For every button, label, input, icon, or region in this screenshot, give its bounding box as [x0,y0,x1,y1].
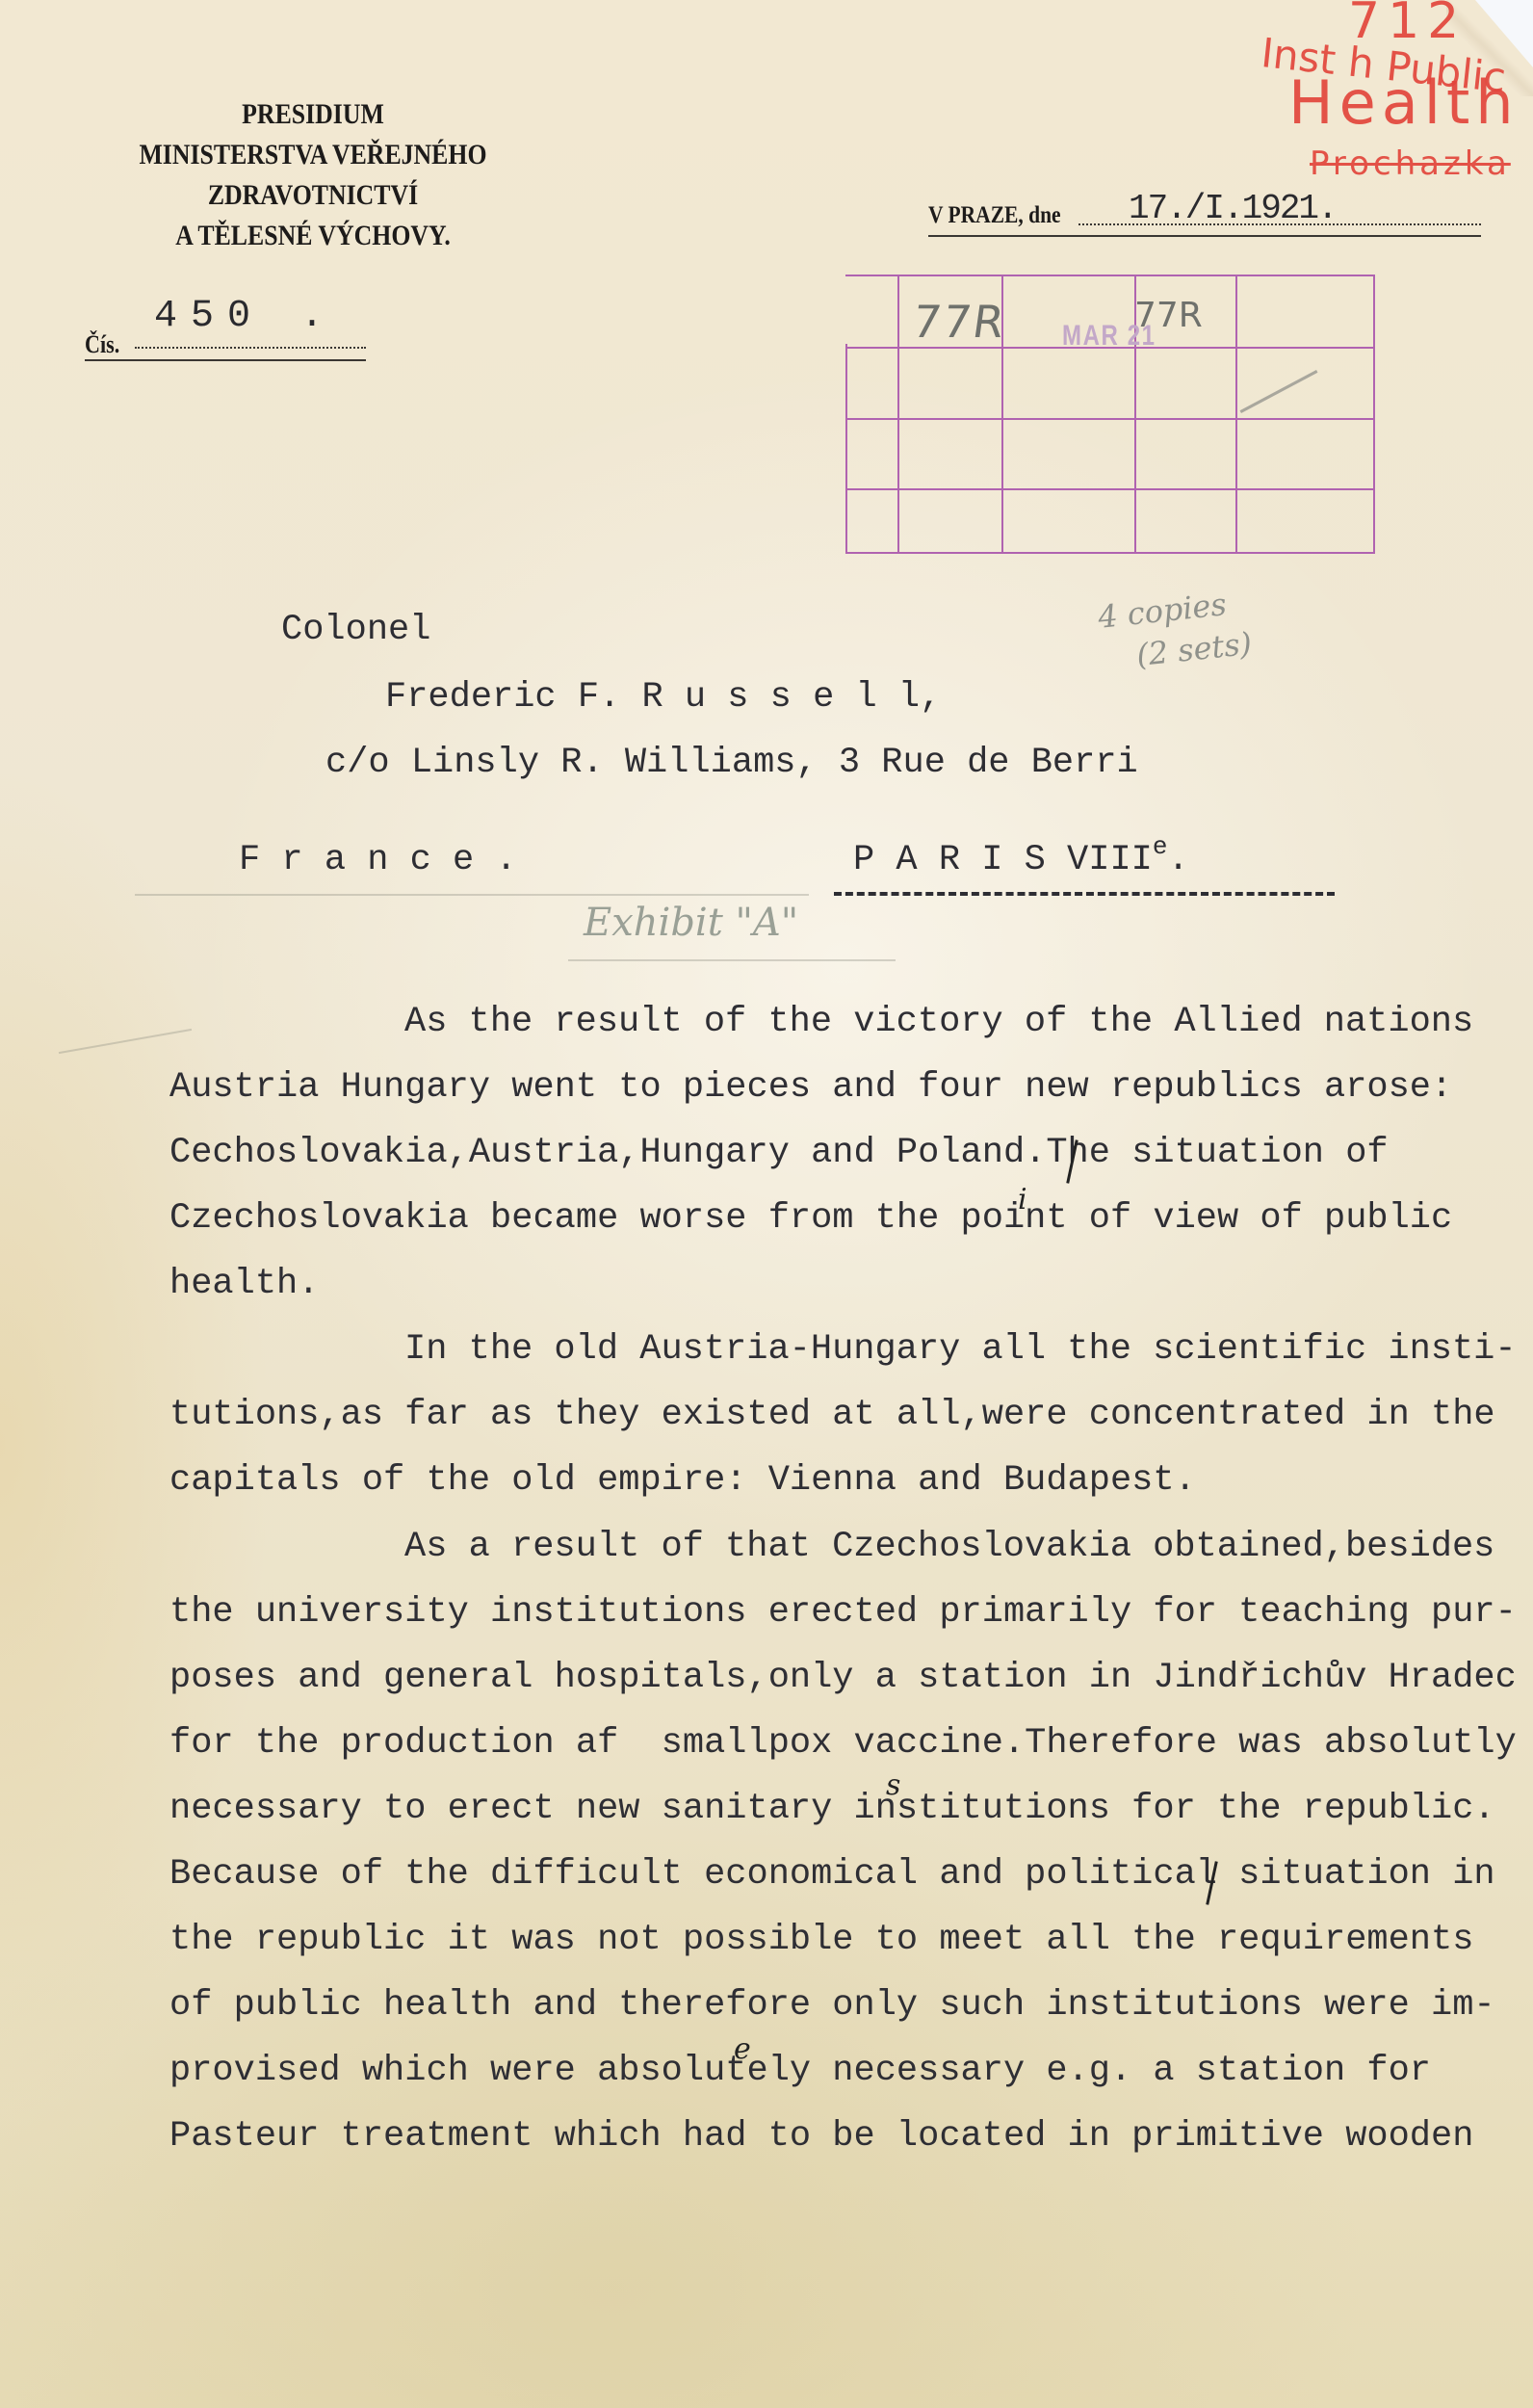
body-line: Because of the difficult economical and … [169,1857,1495,1893]
stamp-column-divider [897,276,899,552]
body-line: Pasteur treatment which had to be locate… [169,2119,1473,2155]
address-care-of: c/o Linsly R. Williams, 3 Rue de Berri [325,746,1138,781]
reference-dotted-line [135,347,366,349]
reference-number: 450 . [154,295,337,338]
hand-correction-mark: i [1018,1183,1027,1217]
letterhead-line-1: PRESIDIUM [115,94,512,135]
city-dashed-underline [834,892,1335,896]
address-country: F r a n c e . [239,843,517,878]
body-line: the republic it was not possible to meet… [169,1923,1473,1958]
address-city-name: P A R I S VIII [853,840,1153,880]
letterhead-line-3: ZDRAVOTNICTVÍ [115,175,512,216]
place-label: V PRAZE, dne [928,202,1061,229]
body-line: of public health and therefore only such… [169,1988,1495,2024]
body-line: health. [169,1267,319,1302]
reference-label: Čís. [85,330,119,359]
pencil-note-exhibit: Exhibit "A" [584,901,798,945]
address-city-end: . [1167,840,1188,880]
body-line: tutions,as far as they existed at all,we… [169,1398,1495,1433]
body-line: In the old Austria-Hungary all the scien… [404,1332,1517,1368]
body-line: Czechoslovakia became worse from the poi… [169,1201,1452,1237]
body-line: Cechoslovakia,Austria,Hungary and Poland… [169,1136,1389,1171]
body-line: As the result of the victory of the Alli… [404,1005,1473,1040]
body-line: necessary to erect new sanitary institut… [169,1792,1495,1827]
address-name: Frederic F. R u s s e l l, [385,680,941,716]
body-line: poses and general hospitals,only a stati… [169,1661,1517,1696]
letter-date: 17./I.1921. [1129,189,1337,228]
stamp-row-divider [845,418,1373,420]
stamp-handwritten-code-2: 77R [1134,296,1203,335]
address-city-superscript: e [1153,832,1168,861]
registry-stamp-grid: 77R MAR 21 77R [845,275,1375,554]
stamp-column-divider [1235,276,1237,552]
reference-rule [85,359,366,361]
letterhead: PRESIDIUM MINISTERSTVA VEŘEJNÉHO ZDRAVOT… [115,94,512,256]
stamp-row-divider [845,488,1373,490]
stamp-handwritten-code-1: 77R [909,296,1009,348]
body-line: provised which were absolutely necessary… [169,2054,1431,2089]
date-rule [928,235,1481,237]
exhibit-underline [568,959,896,961]
faint-pencil-line [135,894,809,896]
letterhead-line-2: MINISTERSTVA VEŘEJNÉHO [115,135,512,175]
pencil-check-stroke [1240,370,1318,413]
pencil-note-sets: (2 sets) [1134,625,1253,673]
body-line: capitals of the old empire: Vienna and B… [169,1463,1196,1499]
stamp-left-edge [845,344,847,552]
red-note-health: Health [1288,67,1520,138]
address-city: P A R I S VIIIe. [853,843,1189,878]
body-line: for the production af smallpox vaccine.T… [169,1726,1517,1762]
hand-correction-mark: e [734,2032,751,2066]
hand-correction-mark: s [886,1768,900,1802]
margin-pencil-stroke [59,1029,192,1054]
address-title: Colonel [281,613,430,648]
body-line: As a result of that Czechoslovakia obtai… [404,1530,1494,1565]
red-note-struck-name: Prochazka [1310,144,1511,183]
body-line: Austria Hungary went to pieces and four … [169,1070,1452,1106]
body-line: the university institutions erected prim… [169,1595,1517,1631]
letterhead-line-4: A TĚLESNÉ VÝCHOVY. [115,216,512,256]
pencil-note-copies: 4 copies [1096,586,1228,636]
letter-page: PRESIDIUM MINISTERSTVA VEŘEJNÉHO ZDRAVOT… [0,0,1533,2408]
